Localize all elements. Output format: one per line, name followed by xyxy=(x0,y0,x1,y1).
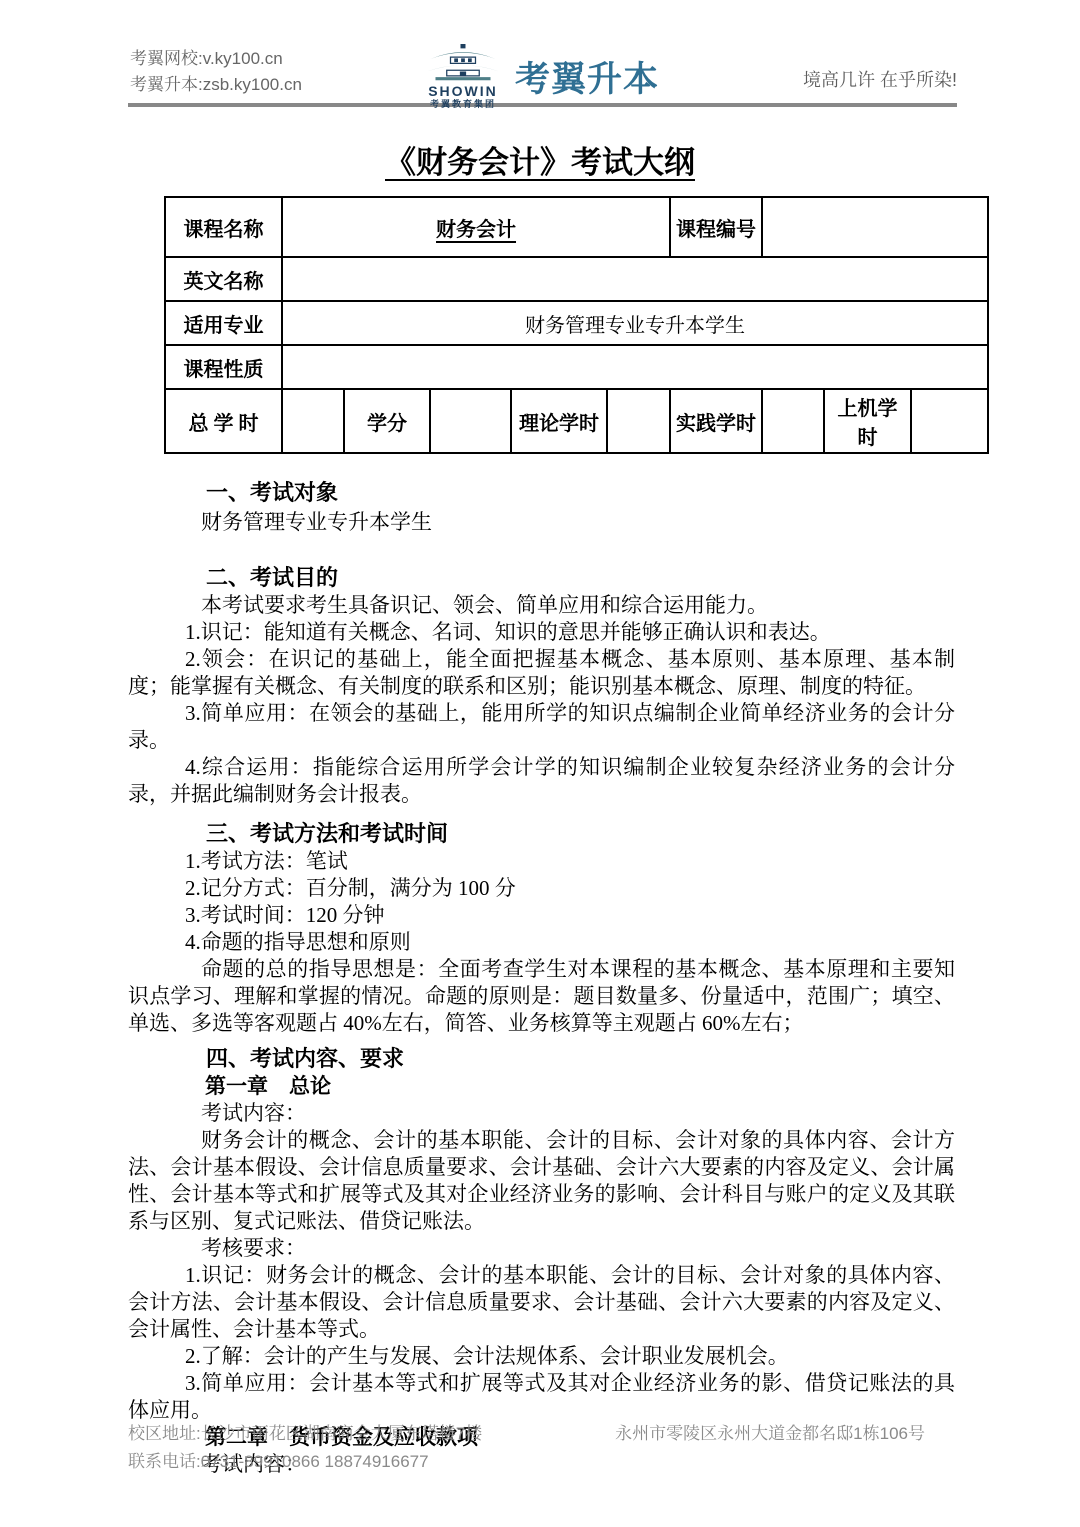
footer-branch-address: 永州市零陵区永州大道金都名邸1栋106号 xyxy=(615,1420,925,1448)
para: 命题的总的指导思想是：全面考查学生对本课程的基本概念、基本原理和主要知识点学习、… xyxy=(128,956,955,1037)
section-2-heading: 二、考试目的 xyxy=(128,564,955,592)
para: 2.记分方式：百分制，满分为 100 分 xyxy=(128,875,955,902)
chapter-1-title: 第一章 总论 xyxy=(128,1073,955,1100)
cell-theory-hours-label: 理论学时 xyxy=(511,389,607,453)
logo-stack: SHOWIN 考翼教育集团 xyxy=(421,44,505,110)
cell-practice-hours-label: 实践学时 xyxy=(670,389,762,453)
cell-total-hours-value xyxy=(282,389,344,453)
footer-left: 校区地址:长沙市雨花区湖南商会大厦东塔楼7楼 联系电话:0731-8991086… xyxy=(128,1420,482,1476)
page-footer: 校区地址:长沙市雨花区湖南商会大厦东塔楼7楼 联系电话:0731-8991086… xyxy=(128,1420,925,1476)
footer-campus-address: 校区地址:长沙市雨花区湖南商会大厦东塔楼7楼 xyxy=(128,1420,482,1448)
cell-credits-value xyxy=(430,389,511,453)
section-1-body: 财务管理专业专升本学生 xyxy=(128,509,955,536)
para: 4.命题的指导思想和原则 xyxy=(128,929,955,956)
logo-showin-text: SHOWIN xyxy=(428,84,498,99)
para: 3.简单应用：在领会的基础上，能用所学的知识点编制企业简单经济业务的会计分录。 xyxy=(128,700,955,754)
cell-major-value: 财务管理专业专升本学生 xyxy=(282,301,988,345)
para: 3.考试时间：120 分钟 xyxy=(128,902,955,929)
document-body: 一、考试对象 财务管理专业专升本学生 二、考试目的 本考试要求考生具备识记、领会… xyxy=(128,479,955,1478)
footer-phone: 联系电话:0731-89910866 18874916677 xyxy=(128,1448,482,1476)
cell-computer-hours-label: 上机学时 xyxy=(824,389,911,453)
para: 2.领会：在识记的基础上，能全面把握基本概念、基本原则、基本原理、基本制度；能掌… xyxy=(128,646,955,700)
para: 考试内容： xyxy=(128,1100,955,1127)
section-3-heading: 三、考试方法和考试时间 xyxy=(128,820,955,848)
cell-course-nature-value xyxy=(282,345,988,389)
para: 1.识记：能知道有关概念、名词、知识的意思并能够正确认识和表达。 xyxy=(128,619,955,646)
section-4-heading: 四、考试内容、要求 xyxy=(128,1045,955,1073)
pavilion-icon xyxy=(424,44,502,84)
table-row-course-nature: 课程性质 xyxy=(165,345,988,389)
cell-course-nature-label: 课程性质 xyxy=(165,345,282,389)
para: 本考试要求考生具备识记、领会、简单应用和综合运用能力。 xyxy=(128,592,955,619)
table-row-major: 适用专业 财务管理专业专升本学生 xyxy=(165,301,988,345)
cell-total-hours-label: 总 学 时 xyxy=(165,389,282,453)
para: 1.识记：财务会计的概念、会计的基本职能、会计的目标、会计对象的具体内容、会计方… xyxy=(128,1262,955,1343)
table-row-english-name: 英文名称 xyxy=(165,257,988,301)
cell-course-code-value xyxy=(762,197,988,257)
cell-credits-label: 学分 xyxy=(344,389,430,453)
header-slogan: 境高几许 在乎所染! xyxy=(803,66,957,92)
logo-group-name: 考翼教育集团 xyxy=(430,99,496,110)
section-1-heading: 一、考试对象 xyxy=(128,479,955,507)
cell-course-code-label: 课程编号 xyxy=(670,197,762,257)
header-link-wangxiao: 考翼网校:v.ky100.cn xyxy=(130,46,302,72)
header-link-shengben: 考翼升本:zsb.ky100.cn xyxy=(130,72,302,98)
brand-logo: SHOWIN 考翼教育集团 考翼升本 xyxy=(421,44,659,110)
para: 考核要求： xyxy=(128,1235,955,1262)
cell-course-name-value: 财务会计 xyxy=(282,197,670,257)
brand-wordmark: 考翼升本 xyxy=(515,52,659,102)
header-links: 考翼网校:v.ky100.cn 考翼升本:zsb.ky100.cn xyxy=(130,46,302,98)
table-row-course-name: 课程名称 财务会计 课程编号 xyxy=(165,197,988,257)
page-header: 考翼网校:v.ky100.cn 考翼升本:zsb.ky100.cn SHOWIN xyxy=(0,0,1080,103)
cell-english-name-label: 英文名称 xyxy=(165,257,282,301)
cell-computer-hours-value xyxy=(911,389,988,453)
cell-course-name-label: 课程名称 xyxy=(165,197,282,257)
para: 财务会计的概念、会计的基本职能、会计的目标、会计对象的具体内容、会计方法、会计基… xyxy=(128,1127,955,1235)
cell-theory-hours-value xyxy=(607,389,670,453)
document-page: 考翼网校:v.ky100.cn 考翼升本:zsb.ky100.cn SHOWIN xyxy=(0,0,1080,1527)
cell-practice-hours-value xyxy=(762,389,824,453)
table-row-hours: 总 学 时 学分 理论学时 实践学时 上机学时 xyxy=(165,389,988,453)
para: 3.简单应用：会计基本等式和扩展等式及其对企业经济业务的影、借贷记账法的具体应用… xyxy=(128,1370,955,1424)
para: 1.考试方法：笔试 xyxy=(128,848,955,875)
para: 4.综合运用：指能综合运用所学会计学的知识编制企业较复杂经济业务的会计分录，并据… xyxy=(128,754,955,808)
cell-english-name-value xyxy=(282,257,988,301)
course-info-table: 课程名称 财务会计 课程编号 英文名称 适用专业 财务管理专业专升本学生 课程性… xyxy=(164,196,989,454)
para: 2.了解：会计的产生与发展、会计法规体系、会计职业发展机会。 xyxy=(128,1343,955,1370)
document-title: 《财务会计》考试大纲 xyxy=(0,137,1080,182)
cell-major-label: 适用专业 xyxy=(165,301,282,345)
